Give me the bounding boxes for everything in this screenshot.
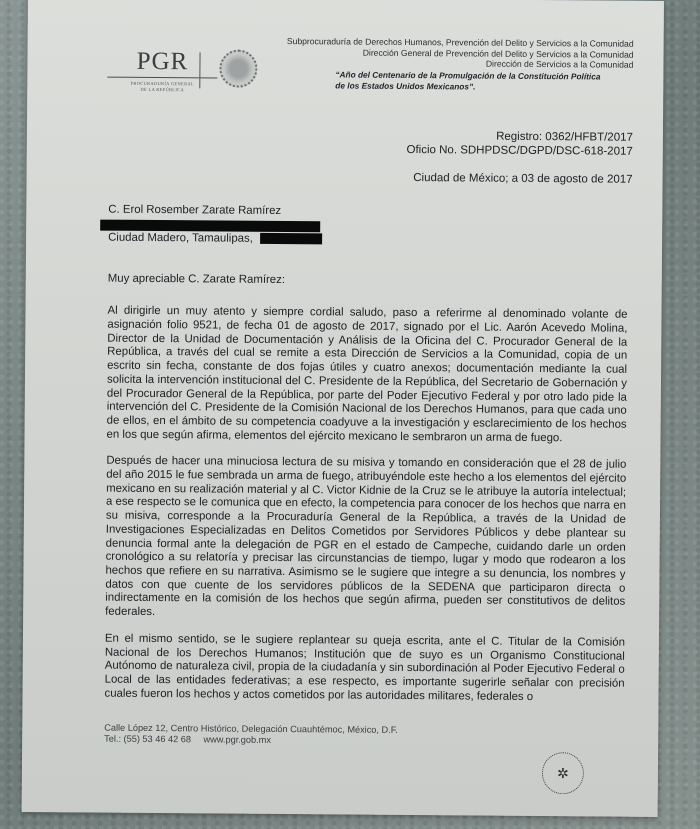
pgr-logo-text: PGR <box>107 49 217 76</box>
logo-subtitle-2: DE LA REPÚBLICA <box>107 87 217 94</box>
stamp-glyph: ✲ <box>557 765 569 782</box>
footer-website: www.pgr.gob.mx <box>204 734 271 745</box>
place-and-date: Ciudad de México; a 03 de agosto de 2017 <box>406 171 632 187</box>
recipient-city: Ciudad Madero, Tamaulipas, <box>108 232 253 245</box>
redacted-postal-code <box>260 233 322 244</box>
logo-rule <box>107 77 217 79</box>
department-header: Subprocuraduría de Derechos Humanos, Pre… <box>287 36 634 70</box>
redacted-address <box>100 219 320 232</box>
footer-phone: Tel.: (55) 53 46 42 68 <box>104 734 191 745</box>
year-motto: “Año del Centenario de la Promulgación d… <box>335 69 600 93</box>
oficio-number: Oficio No. SDHPDSC/DGPD/DSC-618-2017 <box>406 143 632 159</box>
letter-body: C. Erol Rosember Zarate Ramírez Ciudad M… <box>104 204 628 705</box>
recipient-block: C. Erol Rosember Zarate Ramírez Ciudad M… <box>108 204 628 250</box>
header-line-3: Dirección de Servicios a la Comunidad <box>287 57 634 70</box>
motto-line-2: de los Estados Unidos Mexicanos”. <box>335 80 600 93</box>
pgr-logo: PGR PROCURADURÍA GENERAL DE LA REPÚBLICA <box>107 49 217 94</box>
quality-stamp-icon: ✲ <box>542 752 584 794</box>
coat-of-arms-seal-icon <box>219 50 257 88</box>
paragraph-3: En el mismo sentido, se le sugiere repla… <box>104 632 625 705</box>
paragraph-2: Después de hacer una minuciosa lectura d… <box>105 455 626 624</box>
salutation: Muy apreciable C. Zarate Ramírez: <box>108 272 628 290</box>
paragraph-1: Al dirigirle un muy atento y siempre cor… <box>106 305 627 446</box>
letter-footer: Calle López 12, Centro Histórico, Delega… <box>104 723 398 747</box>
letter-page: PGR PROCURADURÍA GENERAL DE LA REPÚBLICA… <box>22 0 664 817</box>
document-references: Registro: 0362/HFBT/2017 Oficio No. SDHP… <box>406 129 633 187</box>
